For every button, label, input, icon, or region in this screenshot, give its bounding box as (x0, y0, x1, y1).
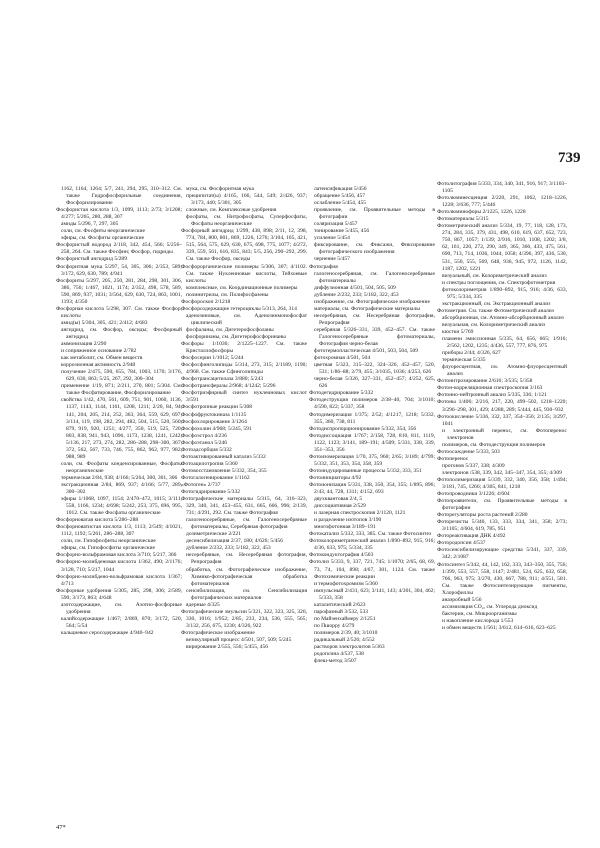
index-entry: Фотоиндуцированные процессы 5/332, 333, … (309, 468, 435, 475)
index-entry: Фосфоры 1/1036; 2/1225–1227. См. также К… (181, 341, 307, 355)
index-entry: Фосфоэтанол 5/246 (181, 440, 307, 447)
index-subentry: 1162, 1164, 1264; 5/7, 241, 294, 295, 31… (56, 186, 182, 207)
index-subentry: и спектры поглощения, см. Спектрофотомет… (437, 280, 567, 287)
index-subentry: вирирование 2/555, 556; 5/455, 456 (181, 644, 307, 651)
index-column-2: мука, см. Фосфоритная мукапреципитат(ы) … (181, 186, 307, 651)
index-subentry: и обмен веществ 1/561; 3/612, 614–616, 6… (437, 625, 567, 632)
index-subentry: и лазерная спектроскопия 2/1120, 1121 (309, 510, 435, 517)
index-subentry: черно-белая 5/326, 327–331, 452–457; 4/2… (309, 376, 435, 390)
index-entry: Фотоизомеризация 1/70, 375, 960; 2/65; 3… (309, 454, 435, 468)
index-entry: Фотонно-нейтронный анализ 5/335, 336; 1/… (437, 392, 567, 399)
index-subentry: тонирование 5/455, 456 (309, 228, 435, 235)
index-subentry: абсорбционная, см. Атомно-абсорбционный … (437, 315, 567, 322)
index-subentry: и термофотохромизм 5/360 (309, 581, 435, 588)
index-entry: Фосфорные удобрения 5/305, 285, 298, 306… (56, 588, 182, 602)
index-entry: Фотореактивация ДНК 4/492 (437, 533, 567, 540)
index-entry: Фосфосфинголипиды 5/314, 273, 315; 2/118… (181, 362, 307, 376)
index-subentry: визуальная, см. Колориметрический анализ (437, 322, 567, 329)
index-entry: Фотографические эмульсии 5/321, 322, 323… (181, 609, 307, 630)
index-subentry: анаэробный 5/56 (437, 597, 567, 604)
index-entry: Фосфохлорирование 3/1264 (181, 419, 307, 426)
index-subentry: по Майзенхаймеру 2/1251 (309, 616, 435, 623)
index-subentry: пламени эмиссионная 5/335, 64, 656, 665;… (437, 336, 567, 350)
index-entry: Фосфохолин 4/968; 5/245, 591 (181, 426, 307, 433)
index-entry: Фотолюминесценция 2/220, 291, 1062, 1218… (437, 195, 567, 209)
index-subentry: кюстки 5/769 (437, 329, 567, 336)
index-entry: Фотолиз 5/333, 9, 337, 721, 745; 1/1070;… (309, 559, 435, 580)
index-subentry: аденозиновые, см. Аденозинмонофосфат цик… (181, 313, 307, 327)
index-subentry: импульсный 2/431, 623; 3/141, 143; 4/301… (309, 588, 435, 602)
index-subentry: полимеров 2/39, 40; 3/1010 (309, 630, 435, 637)
index-subentry: как метаболит, см. Обмен веществ (56, 355, 182, 362)
index-subentry: фосфоринаны, см. Дигетерофосфоринаны (181, 334, 307, 341)
index-entry: Фосфоэстрол 4/236 (181, 433, 307, 440)
index-subentry: получение 2/475, 590, 655, 784, 1003, 11… (56, 369, 182, 383)
index-column-4: Фотолитография 5/333, 334, 340, 341, 916… (437, 181, 567, 632)
index-entry: Фотоосаждение 5/333, 503 (437, 449, 567, 456)
index-subentry: экстракционный, см. Экстракционный анали… (437, 301, 567, 308)
index-entry: Фотоактивированный катализ 5/332 (181, 454, 307, 461)
index-entry: Фосфориты 5/297, 205, 250, 281, 284, 298… (56, 278, 182, 306)
index-subentry: флеш-метод 3/507 (309, 658, 435, 665)
index-subentry: фотохромная 4/501, 504 (309, 355, 435, 362)
index-entry: Фотография (309, 264, 435, 271)
index-subentry: несеребряные, см. Несеребряная фотографи… (181, 552, 307, 566)
index-subentry: применение 1/19, 871; 2/211, 270, 801; 5… (56, 383, 182, 397)
index-subentry: коррозионная активность 2/948 (56, 362, 182, 369)
index-entry: Фосфорно-молибдено-вольфрамовая кислота … (56, 574, 182, 588)
index-subentry: фиксирование, см. Фиксажи, Фиксирование … (309, 242, 435, 256)
index-subentry: фотоколориметрия 1/890–892, 915, 916; 4/… (437, 287, 567, 301)
index-subentry: ядерные 4/325 (181, 602, 307, 609)
index-subentry: фосфаланы, см. Дигетерофосфоланы (181, 327, 307, 334)
index-entry: Фосфорная кислота 5/298, 307. См. также … (56, 306, 182, 320)
index-entry: Фосфорорганические полимеры 5/306, 307; … (181, 264, 307, 285)
index-subentry: бактерии, см. Микроорганизмы (437, 611, 567, 618)
index-entry: Фосфорноватистая кислота 1/3, 1113; 2/54… (56, 524, 182, 538)
index-entry: Фотосинтез 5/342, 44, 142, 162, 333, 343… (437, 562, 567, 597)
footer-signature: 47* (56, 824, 66, 831)
index-subentry: несеребряная, см. Несеребряная фотографи… (309, 313, 435, 327)
index-entry: Фотографическое изображение (181, 630, 307, 637)
index-subentry: ангидрид, см. Фосфор, оксиды; Фосфорный … (56, 327, 182, 341)
index-subentry: растворов электролитов 5/363 (309, 644, 435, 651)
index-subentry: мука, см. Фосфоритная мука (181, 186, 307, 193)
index-subentry: проявление, см. Проявительные методы в ф… (309, 207, 435, 221)
index-subentry: латенсификация 5/456 (309, 186, 435, 193)
index-entry: Фоторегуляторы роста растений 2/280 (437, 512, 567, 519)
index-entry: Фотометрия. См. также Фотометрический ан… (437, 308, 567, 315)
index-entry: Фосфористый водород 2/118, 342, 454, 566… (56, 242, 182, 256)
index-subentry: и накопление кислорода 1/553 (437, 618, 567, 625)
index-subentry: кальциевое серосодержащее 4/940–942 (56, 630, 182, 637)
index-subentry: обработка, см. Фотографическое изображен… (181, 567, 307, 588)
index-entry: Фосфотриэфирный синтез нуклеиновых кисло… (181, 390, 307, 404)
index-subentry: парофазный 3/532, 533 (309, 609, 435, 616)
index-subentry: материалы, см. Фотографические материалы (309, 306, 435, 313)
index-subentry: соли, см. Фосфаты конденсированные, Фосф… (56, 461, 182, 475)
index-subentry: преципитат(ы) 4/165, 166, 544, 549; 2/42… (181, 193, 307, 207)
index-subentry: полимеров, см. Фотодеструкция полимеров (437, 442, 567, 449)
index-subentry: флуоресцентная, см. Атомно-флуоресцентны… (437, 364, 567, 378)
index-entry: Фотометрический анализ 5/334, 19, 77, 11… (437, 223, 567, 272)
index-subentry: радикальный 2/526; 4/552 (309, 637, 435, 644)
index-entry: Фотосенсибилизирующие средства 5/341, 33… (437, 547, 567, 561)
index-subentry: каталитический 2/623 (309, 602, 435, 609)
index-entry: Фотогидрирование 5/332 (181, 489, 307, 496)
index-entry: Фотодегидрирование 5/332 (309, 390, 435, 397)
index-entry: Фотодиссоциация 1/767; 2/158, 728, 810, … (309, 433, 435, 454)
index-entry: Фотоокисление 5/336, 332, 337, 354–356; … (437, 414, 567, 428)
index-subentry: сенсибилизация, см. Сенсибилизация фотог… (181, 588, 307, 602)
index-entry: Фосфористый ангидрид 5/289 (56, 256, 182, 263)
index-entry: Фотодимеризация 1/375; 2/52; 4/1217, 121… (309, 412, 435, 426)
index-entry: Фотоколориметрический анализ 1/890–892, … (309, 538, 435, 552)
index-entry: Фотокондуктография 4/503 (309, 552, 435, 559)
index-entry: Фотодеструкция полимеров 2/38–40, 704; 3… (309, 397, 435, 411)
index-subentry: серебряная 5/326–331, 339, 452–457. См. … (309, 327, 435, 348)
index-entry: Фотоионизация 5/331, 338, 350, 354, 355;… (309, 482, 435, 496)
index-subentry: многофотонная 3/189–191 (309, 524, 435, 531)
index-column-3: латенсификация 5/456обращение 5/456, 457… (309, 186, 435, 665)
index-subentry: фосфаты, см. Нитрофосфаты, Суперфосфаты,… (181, 214, 307, 228)
index-entry: Фосфофруктокиназа 1/1135 (181, 412, 307, 419)
index-subentry: калийсодержащие 1/467; 2/869, 870; 3/172… (56, 616, 182, 630)
index-entry: Фотопроявители, см. Проявительные методы… (437, 498, 567, 512)
index-subentry: приборы 2/44; 4/326, 627 (437, 350, 567, 357)
index-subentry: визуальный, см. Колориметрический анализ (437, 273, 567, 280)
index-subentry: дубление 2/232, 233; 5/182, 322, 453 (309, 292, 435, 299)
index-entry: Фосфористая кислота 1/3, 1099, 1113; 2/7… (56, 207, 182, 221)
index-entry: Фотоацилотропия 5/360 (181, 461, 307, 468)
index-subentry: галогеносеребряная, см. Галогеносеребрян… (309, 271, 435, 285)
index-subentry: термическая 2/84, 938; 4/166; 5/264, 300… (56, 475, 182, 482)
index-entry: Фотодиспропорционирование 5/332, 354, 35… (309, 426, 435, 433)
index-entry: Фосфотропные реакции 5/308 (181, 404, 307, 411)
index-entry: Фотоинициаторы 4/92 (309, 475, 435, 482)
index-subentry: и электронный перенос, см. Фотоперенос э… (437, 428, 567, 442)
index-entry: Фотолюминофоры 2/1225, 1226, 1228 (437, 209, 567, 216)
index-entry: Фотогалогенирование 1/1162 (181, 475, 307, 482)
index-subentry: диффузионная 4/501, 504, 505, 509 (309, 285, 435, 292)
index-entry: Фосфорный ангидрид 1/299, 438, 898; 2/11… (181, 228, 307, 263)
index-subentry: свойства 1/42, 470, 561, 609, 751, 901, … (56, 397, 182, 460)
index-entry: Фотонитрозирование 2/616; 3/535; 5/358 (437, 378, 567, 385)
index-entry: Фосфороскоп 2/1218 (181, 299, 307, 306)
index-subentry: аммонизация 2/290 (56, 341, 182, 348)
index-subentry: цветная 5/323, 315–322, 324–326, 452–457… (309, 362, 435, 376)
index-subentry: протонов 5/337, 338; 4/309 (437, 463, 567, 470)
index-column-1: 1162, 1164, 1264; 5/7, 241, 294, 295, 31… (56, 186, 182, 637)
index-entry: Фоторезисты 5/340, 133, 333, 334, 341, 3… (437, 519, 567, 533)
index-subentry: чернение 5/457 (309, 256, 435, 263)
index-subentry: изображение, см. Фотографическое изображ… (309, 299, 435, 306)
index-entry: Фотоперенос (437, 456, 567, 463)
index-subentry: везикулярный процесс 4/501, 507, 509; 5/… (181, 637, 307, 644)
index-subentry: двухквантовая 2/4, 5 (309, 496, 435, 503)
index-subentry: ассимиляция CO₂, см. Углерода диоксид (437, 604, 567, 611)
page-number: 739 (558, 150, 581, 167)
index-entry: Фосфоритная мука 5/297, 54, 305, 306; 2/… (56, 264, 182, 278)
index-subentry: комплексные, см. Координационные полимер… (181, 285, 307, 292)
index-entry: Фотоны 1/406; 2/216, 217, 220, 499–502, … (437, 399, 567, 413)
index-entry: Фотоадсорбция 5/332 (181, 447, 307, 454)
index-entry: Фотополимеризация 5/339, 332, 340, 356, … (437, 477, 567, 491)
index-subentry: по Пшорру 4/279 (309, 623, 435, 630)
index-subentry: полинитрилы, см. Полифосфазены (181, 292, 307, 299)
index-subentry: экстракционная 2/84, 869, 937; 4/166; 5/… (56, 482, 182, 496)
index-entry: Фотовосстановление 5/332, 354, 355 (181, 468, 307, 475)
index-subentry: азотсодержащие, см. Азотно-фосфорные удо… (56, 602, 182, 616)
index-subentry: соляризация 5/457 (309, 221, 435, 228)
index-entry: Фосфорно-молибденовая кислота 1/362, 490… (56, 559, 182, 573)
index-subentry: ослабление 5/454, 455 (309, 200, 435, 207)
index-entry: «Фотоген» 2/737 (181, 482, 307, 489)
index-subentry: эфиры 1/1068, 1097, 1154; 2/470–472, 101… (56, 496, 182, 517)
index-subentry: амид(ы) 5/304, 305, 421; 2/412; 4/683 (56, 320, 182, 327)
index-entry: Фотопроводники 3/1226; 4/604 (437, 491, 567, 498)
index-entry: Фотолитография 5/333, 334, 340, 341, 916… (437, 181, 567, 195)
index-subentry: галогеносеребряные, см. Галогеносеребрян… (181, 517, 307, 531)
index-subentry: электронов /538, 339, 342, 345–347, 354,… (437, 470, 567, 477)
index-entry: Фосфорсодержащие гетероциклы 5/313, 264,… (181, 306, 307, 313)
index-entry: Фотографические материалы 5/315, 64, 316… (181, 496, 307, 517)
index-subentry: диссоциативная 2/529 (309, 503, 435, 510)
